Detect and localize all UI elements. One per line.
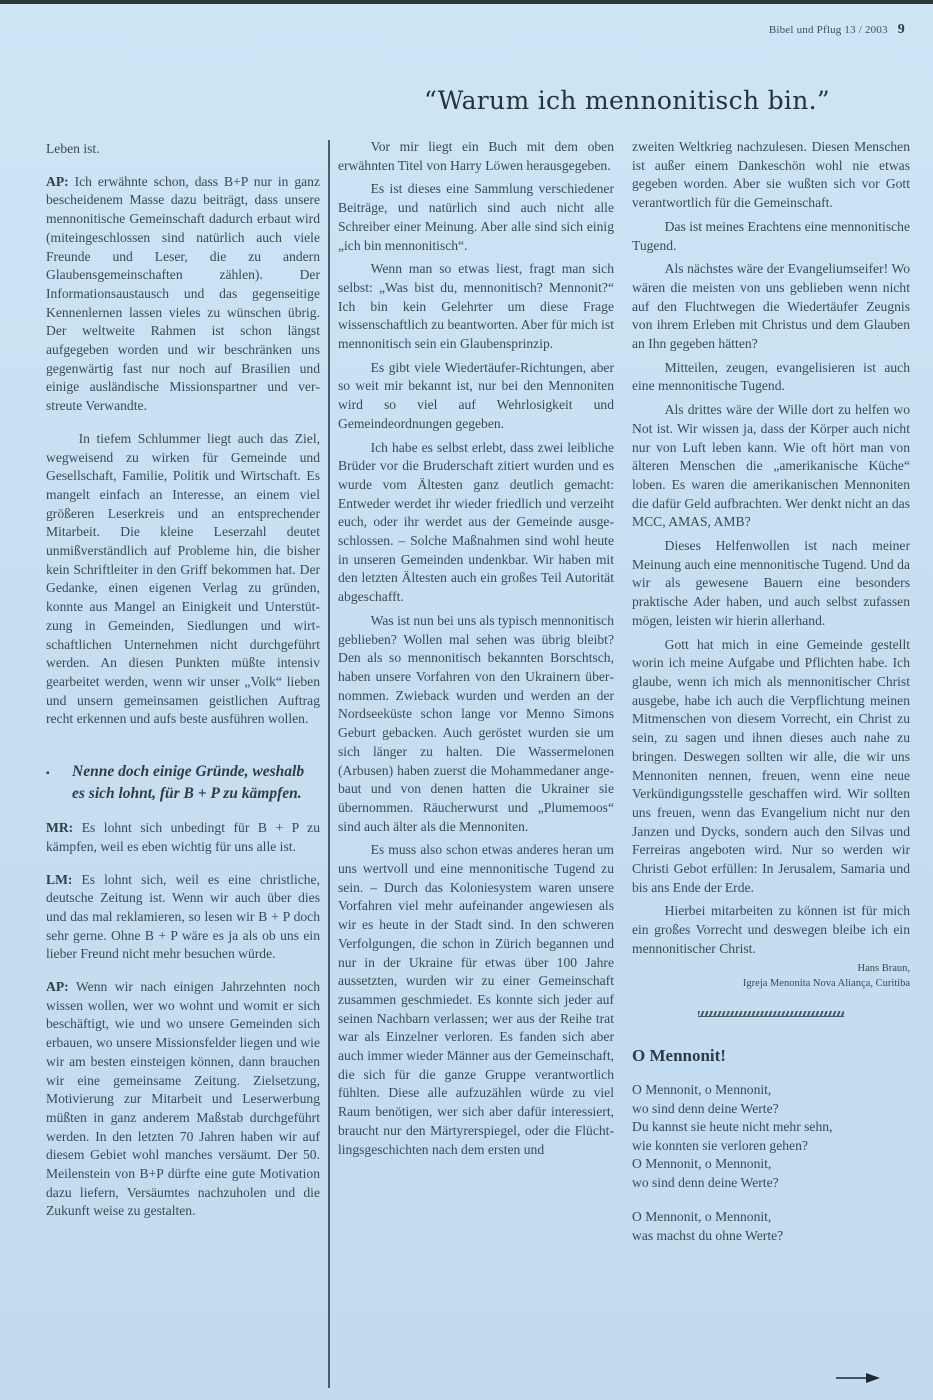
- paragraph-text: Ich erwähnte schon, dass B+P nur in ganz…: [46, 174, 320, 413]
- interview-question: ▪ Nenne doch einige Gründe, wes­halb es …: [46, 761, 320, 805]
- paragraph: Es muss also schon etwas anderes heran u…: [338, 841, 614, 1159]
- column-divider: [328, 140, 330, 1388]
- poem-stanza-1: O Mennonit, o Mennonit, wo sind denn dei…: [632, 1081, 910, 1192]
- publication-issue: Bibel und Pflug 13 / 2003: [769, 24, 888, 36]
- poem-title: O Mennonit!: [632, 1047, 910, 1066]
- paragraph: Vor mir liegt ein Buch mit dem oben erwä…: [338, 138, 614, 175]
- poem-line: wie konnten sie verloren gehen?: [632, 1137, 910, 1156]
- paragraph: Mitteilen, zeugen, evangelisieren ist au…: [632, 359, 910, 396]
- paragraph: Hierbei mitarbeiten zu können ist für mi…: [632, 902, 910, 958]
- paragraph-text: Es lohnt sich unbedingt für B + P zu käm…: [46, 820, 320, 854]
- paragraph: Wenn man so etwas liest, fragt man sich …: [338, 260, 614, 354]
- author-signature: Hans Braun, Igreja Menonita Nova Aliança…: [632, 961, 910, 991]
- paragraph: In tiefem Schlummer liegt auch das Ziel,…: [46, 430, 320, 729]
- paragraph: Das ist meines Erachtens eine men­noniti…: [632, 218, 910, 255]
- paragraph-mr: MR: Es lohnt sich unbedingt für B + P zu…: [46, 819, 320, 856]
- poem-line: wo sind denn deine Werte?: [632, 1174, 910, 1193]
- paragraph-text: Es lohnt sich, weil es eine christli­che…: [46, 872, 320, 962]
- question-text: Nenne doch einige Gründe, wes­halb es si…: [72, 761, 320, 805]
- paragraph-ap-1: AP: Ich erwähnte schon, dass B+P nur in …: [46, 173, 320, 416]
- page-number: 9: [898, 22, 905, 37]
- speaker-label: AP:: [46, 979, 69, 994]
- paragraph: zweiten Weltkrieg nachzulesen. Diesen Me…: [632, 138, 910, 213]
- poem-line: O Mennonit, o Mennonit,: [632, 1081, 910, 1100]
- paragraph: Ich habe es selbst erlebt, dass zwei lei…: [338, 439, 614, 607]
- article-title: “Warum ich mennonitisch bin.”: [424, 86, 830, 115]
- running-head: Bibel und Pflug 13 / 20039: [769, 22, 905, 38]
- poem-line: Du kannst sie heute nicht mehr sehn,: [632, 1118, 910, 1137]
- paragraph-ap-2: AP: Wenn wir nach einigen Jahrzehnten no…: [46, 978, 320, 1221]
- column-essay-1: Vor mir liegt ein Buch mit dem oben erwä…: [338, 138, 614, 1159]
- paragraph: Gott hat mich in eine Gemeinde ge­stellt…: [632, 636, 910, 898]
- poem-line: was machst du ohne Werte?: [632, 1227, 910, 1246]
- paragraph: Dieses Helfenwollen ist nach meiner Mein…: [632, 537, 910, 631]
- poem-stanza-2: O Mennonit, o Mennonit, was machst du oh…: [632, 1208, 910, 1245]
- speaker-label: MR:: [46, 820, 73, 835]
- speaker-label: LM:: [46, 872, 72, 887]
- paragraph: Was ist nun bei uns als typisch mennonit…: [338, 612, 614, 836]
- right-arrow-icon: [836, 1372, 880, 1384]
- poem-line: wo sind denn deine Werte?: [632, 1100, 910, 1119]
- speaker-label: AP:: [46, 174, 69, 189]
- paragraph-text: Wenn wir nach einigen Jahrzehnten noch w…: [46, 979, 320, 1218]
- paragraph: Als drittes wäre der Wille dort zu helfe…: [632, 401, 910, 532]
- author-church: Igreja Menonita Nova Aliança, Curitiba: [632, 976, 910, 991]
- column-essay-2: zweiten Weltkrieg nachzulesen. Diesen Me…: [632, 138, 910, 1245]
- poem-line: O Mennonit, o Mennonit,: [632, 1155, 910, 1174]
- paragraph-lm: LM: Es lohnt sich, weil es eine christli…: [46, 871, 320, 965]
- paragraph: Als nächstes wäre der Evangelium­seifer!…: [632, 260, 910, 354]
- paragraph: Es gibt viele Wiedertäufer-Richtungen, a…: [338, 359, 614, 434]
- decorative-divider: [698, 1011, 844, 1017]
- author-name: Hans Braun,: [632, 961, 910, 976]
- magazine-page: Bibel und Pflug 13 / 20039 “Warum ich me…: [0, 4, 933, 1400]
- paragraph: Es ist dieses eine Sammlung ver­schieden…: [338, 180, 614, 255]
- column-interview: Leben ist. AP: Ich erwähnte schon, dass …: [46, 140, 320, 1221]
- poem-line: O Mennonit, o Mennonit,: [632, 1208, 910, 1227]
- bullet-icon: ▪: [46, 761, 72, 805]
- paragraph: Leben ist.: [46, 140, 320, 159]
